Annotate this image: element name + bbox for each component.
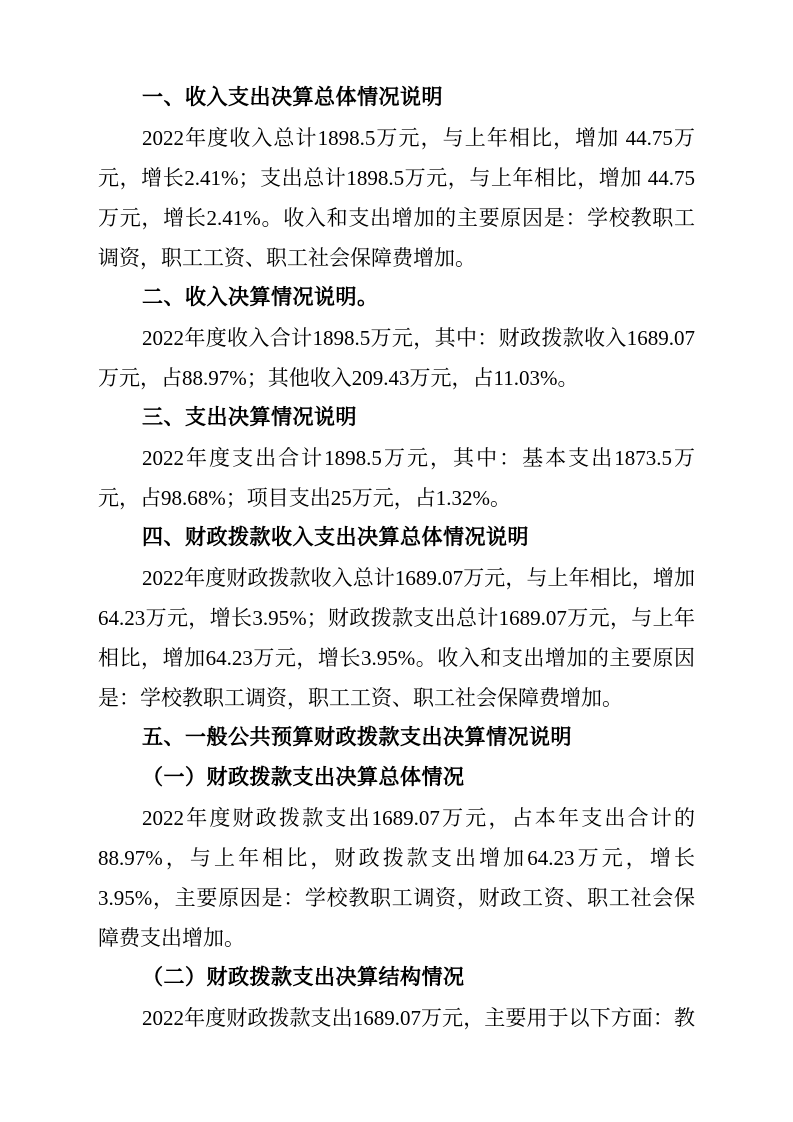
section-income-final-accounts: 二、收入决算情况说明。 2022年度收入合计1898.5万元，其中：财政拨款收入… bbox=[98, 278, 695, 398]
section-3-heading: 三、支出决算情况说明 bbox=[98, 398, 695, 438]
subsection-expenditure-overall: （一）财政拨款支出决算总体情况 2022年度财政拨款支出1689.07万元，占本… bbox=[98, 758, 695, 958]
document-content: 一、收入支出决算总体情况说明 2022年度收入总计1898.5万元，与上年相比，… bbox=[98, 78, 695, 1038]
subsection-5-2-paragraph: 2022年度财政拨款支出1689.07万元，主要用于以下方面：教 bbox=[98, 998, 695, 1038]
section-4-paragraph: 2022年度财政拨款收入总计1689.07万元，与上年相比，增加64.23万元，… bbox=[98, 558, 695, 718]
document-page: 一、收入支出决算总体情况说明 2022年度收入总计1898.5万元，与上年相比，… bbox=[0, 0, 793, 1122]
subsection-expenditure-structure: （二）财政拨款支出决算结构情况 2022年度财政拨款支出1689.07万元，主要… bbox=[98, 958, 695, 1038]
subsection-5-1-heading: （一）财政拨款支出决算总体情况 bbox=[98, 758, 695, 798]
subsection-5-2-heading: （二）财政拨款支出决算结构情况 bbox=[98, 958, 695, 998]
section-1-paragraph: 2022年度收入总计1898.5万元，与上年相比，增加 44.75万元，增长2.… bbox=[98, 118, 695, 278]
subsection-5-1-paragraph: 2022年度财政拨款支出1689.07万元，占本年支出合计的88.97%，与上年… bbox=[98, 798, 695, 958]
section-fiscal-appropriation-overview: 四、财政拨款收入支出决算总体情况说明 2022年度财政拨款收入总计1689.07… bbox=[98, 518, 695, 718]
section-4-heading: 四、财政拨款收入支出决算总体情况说明 bbox=[98, 518, 695, 558]
section-income-expenditure-overview: 一、收入支出决算总体情况说明 2022年度收入总计1898.5万元，与上年相比，… bbox=[98, 78, 695, 278]
section-2-heading: 二、收入决算情况说明。 bbox=[98, 278, 695, 318]
section-2-paragraph: 2022年度收入合计1898.5万元，其中：财政拨款收入1689.07万元，占8… bbox=[98, 318, 695, 398]
section-1-heading: 一、收入支出决算总体情况说明 bbox=[98, 78, 695, 118]
section-general-public-budget-expenditure: 五、一般公共预算财政拨款支出决算情况说明 （一）财政拨款支出决算总体情况 202… bbox=[98, 718, 695, 1038]
section-5-heading: 五、一般公共预算财政拨款支出决算情况说明 bbox=[98, 718, 695, 758]
section-3-paragraph: 2022年度支出合计1898.5万元，其中：基本支出1873.5万元，占98.6… bbox=[98, 438, 695, 518]
section-expenditure-final-accounts: 三、支出决算情况说明 2022年度支出合计1898.5万元，其中：基本支出187… bbox=[98, 398, 695, 518]
